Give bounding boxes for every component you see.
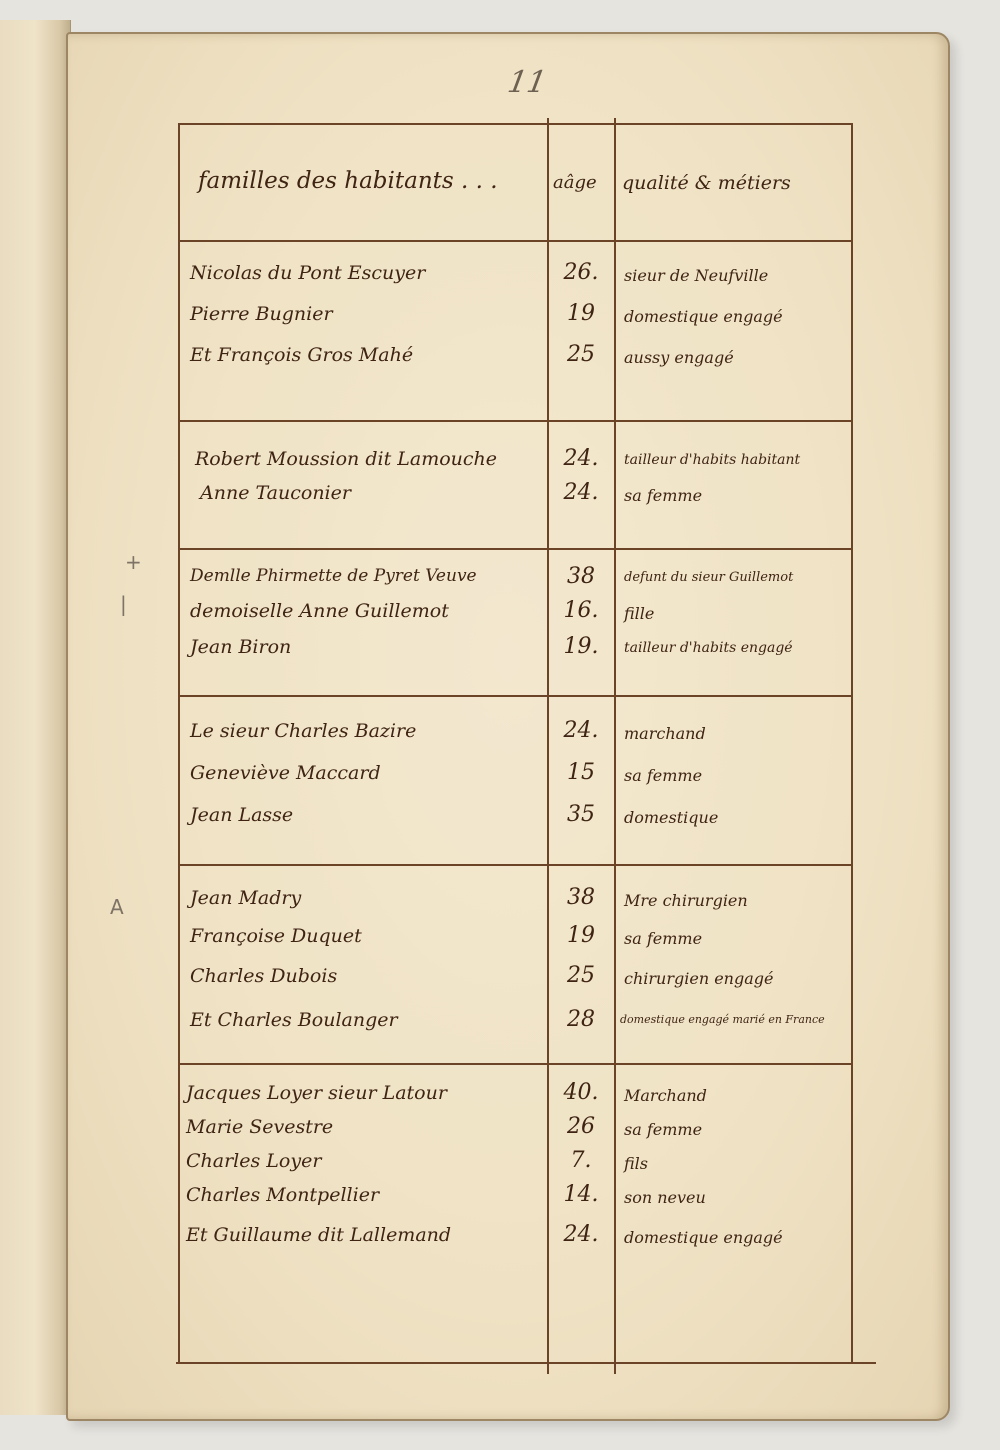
member-name: Jean Madry [190,887,301,909]
header-role: qualité & métiers [622,172,791,194]
member-age: 24. [551,1222,611,1247]
member-name: Jacques Loyer sieur Latour [186,1082,447,1104]
member-role: sieur de Neufville [624,266,768,285]
member-name: Nicolas du Pont Escuyer [190,262,425,284]
member-age: 16. [551,598,611,623]
member-name: Jean Lasse [190,804,293,826]
member-age: 26. [551,260,611,285]
member-age: 38 [551,564,611,589]
rule-header [178,240,853,242]
member-age: 28 [551,1007,611,1032]
member-age: 24. [551,718,611,743]
member-role: son neveu [624,1188,706,1207]
member-name: Charles Montpellier [186,1184,379,1206]
member-name: Et Guillaume dit Lallemand [186,1224,451,1246]
member-age: 24. [551,480,611,505]
member-name: Anne Tauconier [200,482,351,504]
member-role: tailleur d'habits engagé [624,640,793,656]
margin-mark-cross: + [125,550,142,574]
member-role: fils [624,1154,648,1173]
member-name: Marie Sevestre [186,1116,333,1138]
member-age: 25 [551,963,611,988]
rule-age-right [614,118,616,1374]
member-role: domestique engagé [624,1228,783,1247]
member-name: Charles Loyer [186,1150,321,1172]
rule-family-3 [178,695,853,697]
member-role: defunt du sieur Guillemot [624,570,793,585]
member-age: 26 [551,1114,611,1139]
member-age: 7. [551,1148,611,1173]
member-age: 40. [551,1080,611,1105]
rule-family-4 [178,864,853,866]
member-role: Marchand [624,1086,707,1105]
rule-age-left [547,118,549,1374]
member-age: 19 [551,301,611,326]
header-age: aâge [553,172,597,193]
member-role: sa femme [624,486,702,505]
member-name: Le sieur Charles Bazire [190,720,416,742]
member-age: 19 [551,923,611,948]
member-name: Jean Biron [190,636,291,658]
member-age: 35 [551,802,611,827]
member-age: 24. [551,446,611,471]
rule-right [851,123,853,1364]
left-page-edge [0,20,71,1415]
member-role: domestique engagé marié en France [620,1013,825,1026]
margin-mark-bar: | [120,592,127,616]
member-role: chirurgien engagé [624,969,773,988]
member-role: sa femme [624,929,702,948]
member-age: 19. [551,634,611,659]
member-role: sa femme [624,1120,702,1139]
member-name: Et Charles Boulanger [190,1009,398,1031]
member-age: 15 [551,760,611,785]
member-name: Robert Moussion dit Lamouche [195,448,497,470]
member-role: aussy engagé [624,348,734,367]
member-role: domestique engagé [624,307,783,326]
member-name: Pierre Bugnier [190,303,333,325]
member-age: 14. [551,1182,611,1207]
member-role: sa femme [624,766,702,785]
member-age: 25 [551,342,611,367]
rule-top [178,123,853,125]
member-name: Charles Dubois [190,965,337,987]
rule-family-2 [178,548,853,550]
rule-bottom [176,1362,876,1364]
member-name: Françoise Duquet [190,925,362,947]
header-families: familles des habitants . . . [198,168,498,194]
member-role: marchand [624,724,706,743]
member-name: Demlle Phirmette de Pyret Veuve [190,566,477,586]
page-number: 11 [505,65,549,100]
margin-mark-letter: A [110,895,124,919]
member-name: Geneviève Maccard [190,762,381,784]
member-role: fille [624,604,654,623]
member-name: demoiselle Anne Guillemot [190,600,449,622]
rule-left [178,123,180,1364]
member-role: Mre chirurgien [624,891,748,910]
member-age: 38 [551,885,611,910]
rule-family-5 [178,1063,853,1065]
member-role: tailleur d'habits habitant [624,452,800,468]
rule-family-1 [178,420,853,422]
member-role: domestique [624,808,718,827]
member-name: Et François Gros Mahé [190,344,413,366]
